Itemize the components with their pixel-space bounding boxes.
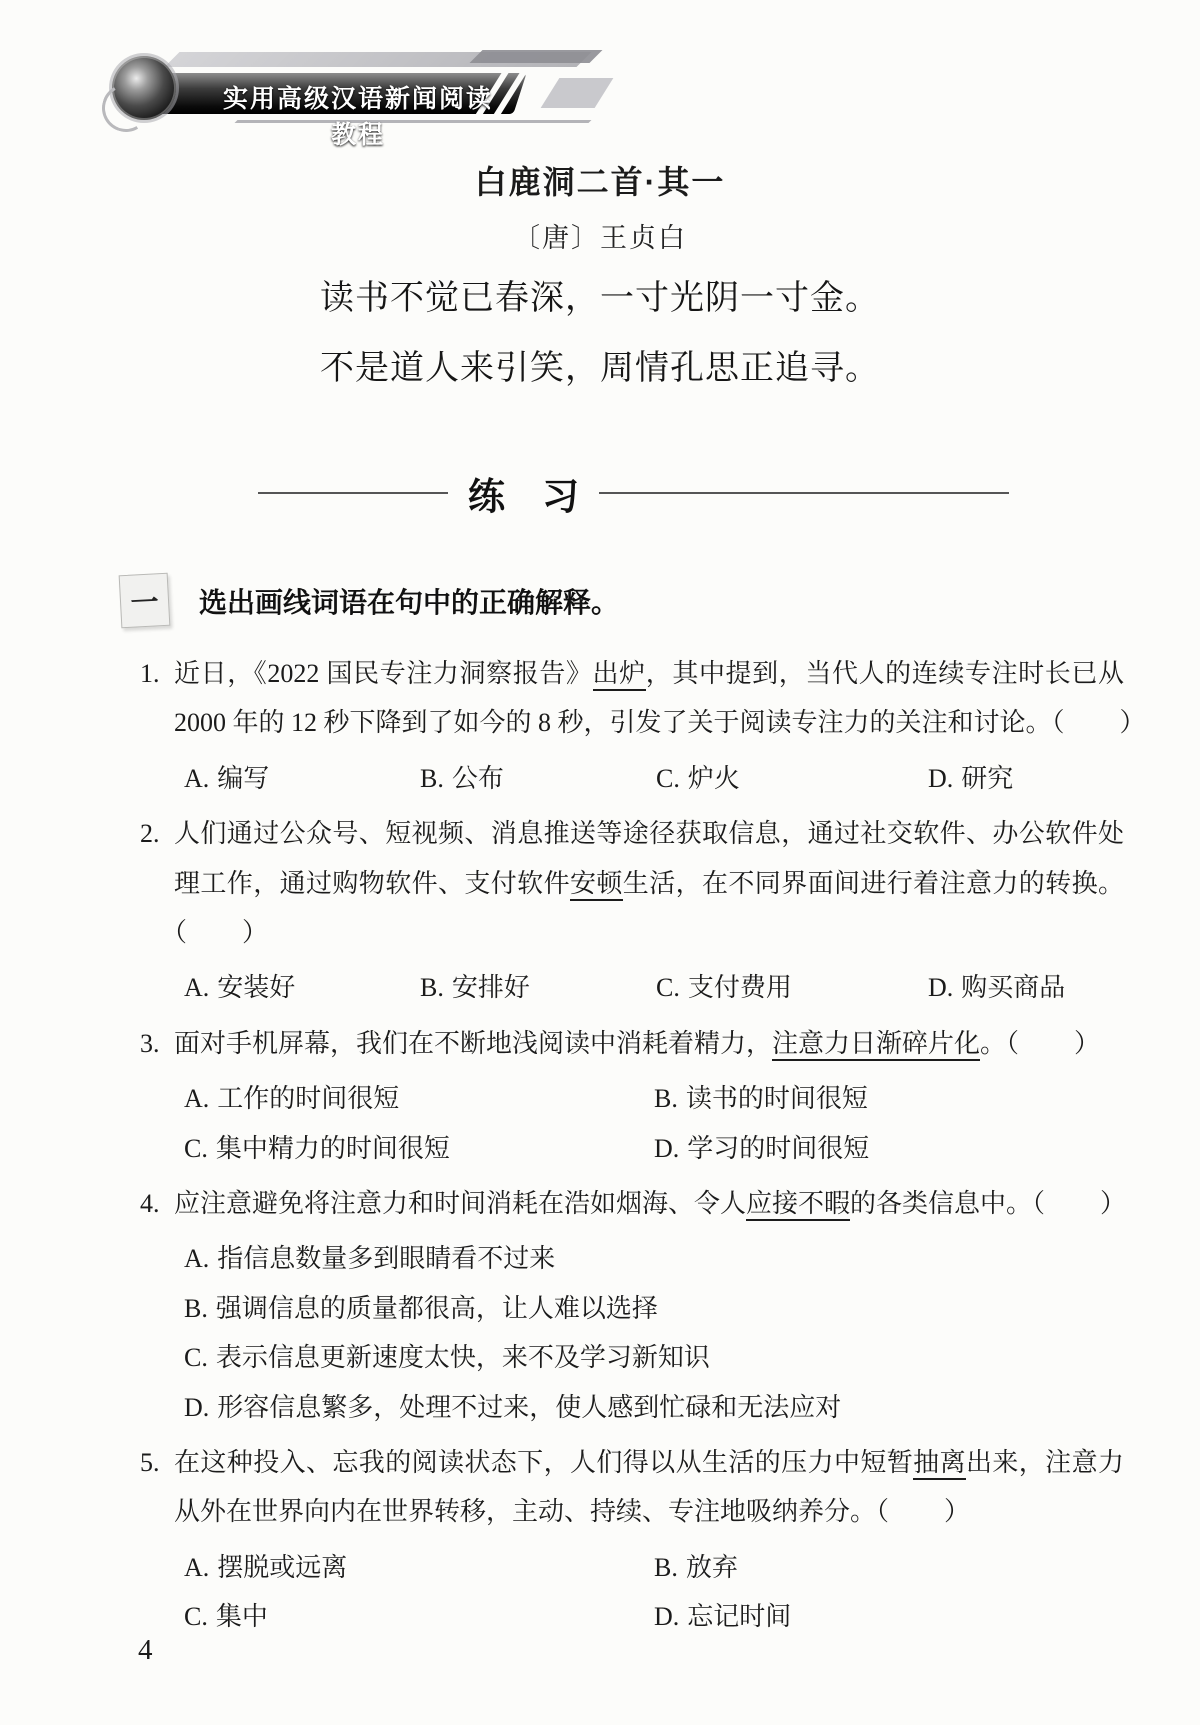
option-text: 忘记时间: [687, 1602, 791, 1631]
question-text: 面对手机屏幕，我们在不断地浅阅读中消耗着精力，注意力日渐碎片化。（ ）: [174, 1019, 1124, 1068]
question-number: 3.: [140, 1019, 174, 1173]
option-letter: A.: [184, 973, 209, 1002]
exercises-title: 练 习: [468, 466, 579, 520]
option-d: D.形容信息繁多，处理不过来，使人感到忙碌和无法应对: [184, 1383, 1124, 1432]
underlined-term: 出炉: [593, 659, 646, 691]
question-segment: 面对手机屏幕，我们在不断地浅阅读中消耗着精力，: [174, 1029, 772, 1058]
exercises-divider: 练 习: [258, 466, 1200, 520]
underlined-term: 注意力日渐碎片化: [772, 1029, 980, 1061]
option-text: 安装好: [217, 973, 295, 1002]
question: 4. 应注意避免将注意力和时间消耗在浩如烟海、令人应接不暇的各类信息中。（ ） …: [140, 1179, 1124, 1432]
option-text: 支付费用: [688, 973, 792, 1002]
option-letter: B.: [654, 1084, 678, 1113]
option-d: D.研究: [928, 754, 1124, 803]
options: A.工作的时间很短B.读书的时间很短C.集中精力的时间很短D.学习的时间很短: [174, 1074, 1124, 1173]
option-text: 强调信息的质量都很高，让人难以选择: [216, 1294, 658, 1323]
option-a: A.指信息数量多到眼睛看不过来: [184, 1234, 1124, 1283]
option-text: 研究: [961, 764, 1013, 793]
options: A.指信息数量多到眼睛看不过来B.强调信息的质量都很高，让人难以选择C.表示信息…: [174, 1234, 1124, 1432]
exercise-content: 一 选出画线词语在句中的正确解释。 1. 近日，《2022 国民专注力洞察报告》…: [0, 574, 1200, 1641]
scanned-textbook-page: { "header": { "banner_title": "实用高级汉语新闻阅…: [0, 0, 1200, 1725]
option-b: B.安排好: [420, 963, 656, 1012]
option-b: B.公布: [420, 754, 656, 803]
answer-blank: （ ）: [1052, 708, 1147, 737]
option-letter: D.: [654, 1602, 679, 1631]
option-a: A.工作的时间很短: [184, 1074, 654, 1123]
underlined-term: 抽离: [913, 1448, 966, 1480]
question-text: 在这种投入、忘我的阅读状态下，人们得以从生活的压力中短暂抽离出来，注意力从外在世…: [174, 1438, 1124, 1537]
option-text: 表示信息更新速度太快，来不及学习新知识: [216, 1343, 710, 1372]
option-letter: B.: [420, 973, 444, 1002]
question-number: 4.: [140, 1179, 174, 1432]
option-c: C.集中精力的时间很短: [184, 1124, 654, 1173]
poem-lines: 读书不觉已春深，一寸光阴一寸金。 不是道人来引笑，周情孔思正追寻。: [0, 264, 1200, 404]
poem-line: 读书不觉已春深，一寸光阴一寸金。: [0, 264, 1200, 334]
option-text: 工作的时间很短: [217, 1084, 399, 1113]
option-text: 集中精力的时间很短: [216, 1134, 450, 1163]
option-b: B.读书的时间很短: [654, 1074, 1124, 1123]
questions: 1. 近日，《2022 国民专注力洞察报告》出炉，其中提到，当代人的连续专注时长…: [140, 649, 1124, 1641]
option-text: 集中: [216, 1602, 268, 1631]
question-text: 应注意避免将注意力和时间消耗在浩如烟海、令人应接不暇的各类信息中。（ ）: [174, 1179, 1124, 1228]
option-letter: C.: [184, 1602, 208, 1631]
question-segment: 近日，《2022 国民专注力洞察报告》: [174, 659, 593, 688]
divider-line-left: [258, 492, 448, 494]
option-letter: A.: [184, 1553, 209, 1582]
part-one-header: 一 选出画线词语在句中的正确解释。: [120, 574, 1124, 627]
question-segment: 生活，在不同界面间进行着注意力的转换。: [623, 869, 1124, 898]
option-text: 编写: [217, 764, 269, 793]
answer-blank: （ ）: [876, 1497, 971, 1526]
option-text: 读书的时间很短: [686, 1084, 868, 1113]
question: 5. 在这种投入、忘我的阅读状态下，人们得以从生活的压力中短暂抽离出来，注意力从…: [140, 1438, 1124, 1642]
option-a: A.安装好: [184, 963, 420, 1012]
option-text: 安排好: [452, 973, 530, 1002]
option-letter: B.: [654, 1553, 678, 1582]
poem-block: 白鹿洞二首·其一 〔唐〕王贞白 读书不觉已春深，一寸光阴一寸金。 不是道人来引笑…: [0, 157, 1200, 404]
option-letter: D.: [928, 973, 953, 1002]
option-d: D.忘记时间: [654, 1592, 1124, 1641]
option-c: C.支付费用: [656, 963, 928, 1012]
option-c: C.表示信息更新速度太快，来不及学习新知识: [184, 1333, 1124, 1382]
option-letter: D.: [928, 764, 953, 793]
poem-title: 白鹿洞二首·其一: [0, 157, 1200, 203]
option-c: C.集中: [184, 1592, 654, 1641]
option-letter: D.: [184, 1393, 209, 1422]
option-letter: B.: [420, 764, 444, 793]
option-letter: A.: [184, 764, 209, 793]
banner-sphere-emblem: [112, 56, 176, 120]
question-number: 5.: [140, 1438, 174, 1642]
question: 3. 面对手机屏幕，我们在不断地浅阅读中消耗着精力，注意力日渐碎片化。（ ） A…: [140, 1019, 1124, 1173]
option-b: B.强调信息的质量都很高，让人难以选择: [184, 1284, 1124, 1333]
header-banner: 实用高级汉语新闻阅读教程: [108, 50, 570, 126]
option-text: 形容信息繁多，处理不过来，使人感到忙碌和无法应对: [217, 1393, 841, 1422]
option-letter: C.: [656, 764, 680, 793]
option-text: 摆脱或远离: [217, 1553, 347, 1582]
options: A.摆脱或远离B.放弃C.集中D.忘记时间: [174, 1543, 1124, 1642]
divider-line-right: [599, 492, 1009, 494]
options: A.安装好B.安排好C.支付费用D.购买商品: [174, 963, 1124, 1012]
option-d: D.购买商品: [928, 963, 1124, 1012]
question-segment: 的各类信息中。: [850, 1189, 1032, 1218]
option-letter: C.: [656, 973, 680, 1002]
poem-author: 〔唐〕王贞白: [0, 216, 1200, 255]
answer-blank: （ ）: [1006, 1029, 1101, 1058]
underlined-term: 安顿: [570, 869, 623, 901]
question-text: 近日，《2022 国民专注力洞察报告》出炉，其中提到，当代人的连续专注时长已从 …: [174, 649, 1124, 748]
question-number: 2.: [140, 809, 174, 1013]
answer-blank: （ ）: [1032, 1189, 1127, 1218]
question-segment: 在这种投入、忘我的阅读状态下，人们得以从生活的压力中短暂: [174, 1448, 913, 1477]
option-letter: C.: [184, 1343, 208, 1372]
book-title: 实用高级汉语新闻阅读教程: [212, 79, 504, 151]
option-text: 购买商品: [961, 973, 1065, 1002]
question-text: 人们通过公众号、短视频、消息推送等途径获取信息，通过社交软件、办公软件处理工作，…: [174, 809, 1124, 957]
option-letter: A.: [184, 1084, 209, 1113]
option-d: D.学习的时间很短: [654, 1124, 1124, 1173]
option-text: 放弃: [686, 1553, 738, 1582]
option-c: C.炉火: [656, 754, 928, 803]
option-text: 指信息数量多到眼睛看不过来: [217, 1244, 555, 1273]
page-number: 4: [138, 1634, 153, 1667]
question-number: 1.: [140, 649, 174, 803]
option-letter: A.: [184, 1244, 209, 1273]
option-text: 炉火: [688, 764, 740, 793]
option-b: B.放弃: [654, 1543, 1124, 1592]
question-segment: 。: [980, 1029, 1006, 1058]
options: A.编写B.公布C.炉火D.研究: [174, 754, 1124, 803]
question: 1. 近日，《2022 国民专注力洞察报告》出炉，其中提到，当代人的连续专注时长…: [140, 649, 1124, 803]
option-text: 学习的时间很短: [687, 1134, 869, 1163]
option-letter: B.: [184, 1294, 208, 1323]
question: 2. 人们通过公众号、短视频、消息推送等途径获取信息，通过社交软件、办公软件处理…: [140, 809, 1124, 1013]
banner-stripe: [541, 78, 614, 108]
option-letter: C.: [184, 1134, 208, 1163]
question-segment: 应注意避免将注意力和时间消耗在浩如烟海、令人: [174, 1189, 746, 1218]
poem-line: 不是道人来引笑，周情孔思正追寻。: [0, 334, 1200, 404]
option-letter: D.: [654, 1134, 679, 1163]
option-text: 公布: [452, 764, 504, 793]
underlined-term: 应接不暇: [746, 1189, 850, 1221]
part-instruction: 选出画线词语在句中的正确解释。: [199, 581, 619, 621]
option-a: A.编写: [184, 754, 420, 803]
banner-stripe: [470, 50, 603, 63]
option-a: A.摆脱或远离: [184, 1543, 654, 1592]
part-number-badge: 一: [119, 573, 171, 628]
answer-blank: （ ）: [174, 918, 269, 947]
